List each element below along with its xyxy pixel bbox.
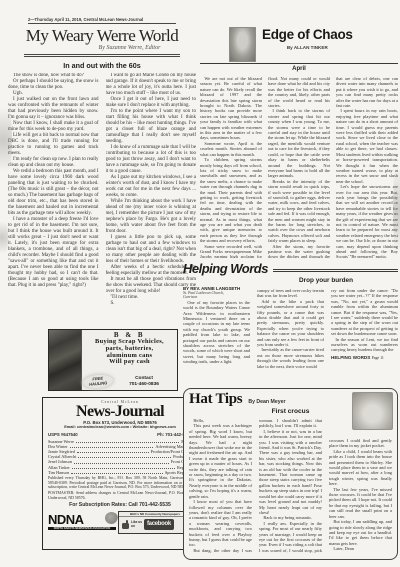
dotted-leader — [78, 457, 171, 458]
column-text: cry out from under the canoe: "Do you se… — [331, 288, 398, 353]
article-column: woman. I shouldn't admit that publicly, … — [259, 418, 322, 554]
ndna-subtitle: NORTH DAKOTA NEWSPAPER ASSOCIATION — [48, 527, 116, 531]
helping-headline: Drop your burden — [253, 277, 399, 285]
article-column: We are not out of the blizzard season ye… — [200, 76, 262, 258]
article-column: The show is done, now what to do? Or per… — [8, 73, 99, 317]
article-column: BY REV. ANNIE LANGSETH St. Paul Lutheran… — [183, 277, 250, 381]
column-text: One of my favorite places in the world i… — [183, 300, 250, 365]
hat-tips-title: Hat Tips — [189, 392, 242, 407]
scan-smudge — [0, 215, 8, 260]
hat-tips-byline: By Dean Meyer — [248, 399, 285, 405]
edge-title-block: Edge of Chaos By ALLAN TINKER — [262, 27, 353, 62]
ndna-logo: NDNA NORTH DAKOTA NEWSPAPER ASSOCIATION — [48, 514, 116, 530]
article-column: flood. Not many could or would have done… — [268, 76, 330, 258]
usps-number: USPS #647540 — [48, 432, 78, 437]
staff-row: Tim HansonSports Reporter — [48, 470, 192, 475]
eagle-icon — [105, 512, 118, 524]
usps-phone-row: USPS #647540 Ph: 701-442-5533 — [48, 432, 192, 437]
thumbs-up-icon — [122, 520, 129, 529]
facebook-box-row: Like us on facebook — [119, 517, 191, 532]
staff-name: Tim Hanson — [48, 470, 69, 475]
edge-column-title: Edge of Chaos — [262, 27, 353, 42]
masthead-box: Central McLean News-Journal P.O. Box 573… — [42, 397, 198, 550]
dotted-leader — [71, 473, 163, 474]
paper-name-logo: News-Journal — [48, 404, 192, 419]
dotted-leader — [70, 447, 154, 448]
dotted-leader — [72, 468, 175, 469]
folio-line: 2—Thursday April 11, 2019, Central McLea… — [28, 17, 176, 24]
jump-page: Page 11 — [372, 356, 384, 360]
ad-text-area: B & B Buying Scrap Vehicles, parts, batt… — [82, 330, 177, 390]
edge-of-chaos-header: Edge of Chaos By ALLAN TINKER — [229, 27, 353, 62]
postmaster-info: POSTMASTER: Send address changes to Cent… — [48, 491, 192, 500]
article-column: Hello, This past week was a harbinger of… — [189, 418, 252, 554]
ad-contact-phone: Contact 701-460-0836 — [113, 376, 175, 387]
weary-column-title: My Weary Werre World — [8, 26, 196, 45]
columnist-headshot — [229, 27, 256, 62]
newspaper-page: 2—Thursday April 11, 2019, Central McLea… — [0, 0, 400, 567]
ad-line: Will pay cash — [82, 359, 177, 366]
left-article-block: 2—Thursday April 11, 2019, Central McLea… — [8, 17, 196, 317]
weary-columns: The show is done, now what to do? Or per… — [8, 73, 196, 317]
edge-columns: We are not out of the blizzard season ye… — [200, 76, 398, 258]
article-column: canopy of trees and over rocky terrain t… — [257, 277, 324, 381]
like-us-text: Like us on — [131, 521, 142, 528]
helping-words-title: Helping Words — [183, 262, 268, 276]
paper-contact-line: Email: centralmclean@westriv.com • Websi… — [48, 425, 192, 430]
helping-columns: BY REV. ANNIE LANGSETH St. Paul Lutheran… — [183, 277, 398, 381]
jump-line: HELPING WORDS Page 11 — [331, 355, 398, 361]
scrap-vehicles-ad: B & B Buying Scrap Vehicles, parts, batt… — [48, 329, 178, 391]
weary-byline: By Suzanne Werre, Editor — [8, 45, 196, 52]
scrap-yard-photo — [49, 330, 82, 390]
section-rule — [273, 269, 398, 272]
dean-meyer-headshot — [352, 392, 393, 430]
double-rule — [24, 54, 180, 57]
ad-bottom-row: FREE HAULING Contact 701-460-0836 — [83, 375, 175, 388]
hat-tips-columns: Hello, This past week was a harbinger of… — [189, 418, 392, 554]
publication-info: Published every Thursday by BHG, Inc., P… — [48, 476, 192, 490]
article-column: cry out from under the canoe: "Do you se… — [331, 277, 398, 381]
facebook-wordmark: facebook — [144, 519, 174, 530]
helping-words-header: Helping Words — [183, 262, 398, 276]
facebook-box: BHG's ND Community Newspapers Like us on… — [118, 511, 192, 534]
helping-words-section: Drop your burden BY REV. ANNIE LANGSETH … — [183, 277, 398, 381]
article-column: crocuses I could find and gently place t… — [329, 418, 392, 554]
edge-subhead: April — [200, 65, 398, 73]
subscription-rates-line: For Subscription Rates: Call 701-442-553… — [48, 502, 192, 508]
dotted-leader — [77, 452, 149, 453]
staff-list: Suzanne WerreEditor Dea WinterAdvertisin… — [48, 439, 192, 475]
horizontal-rule — [200, 63, 398, 64]
edge-byline: By ALLAN TINKER — [262, 45, 353, 51]
free-hauling-badge: FREE HAULING — [82, 374, 113, 390]
dotted-leader — [76, 442, 179, 443]
article-column: that are clear of debris, one can divert… — [336, 76, 398, 258]
logo-row: NDNA NORTH DAKOTA NEWSPAPER ASSOCIATION … — [48, 510, 192, 534]
dotted-leader — [74, 463, 169, 464]
jump-label: HELPING WORDS — [331, 355, 370, 360]
weary-headline: In and out with the 60s — [8, 61, 196, 70]
hat-tips-box: Hat Tips By Dean Meyer First crocus Hell… — [183, 388, 398, 560]
